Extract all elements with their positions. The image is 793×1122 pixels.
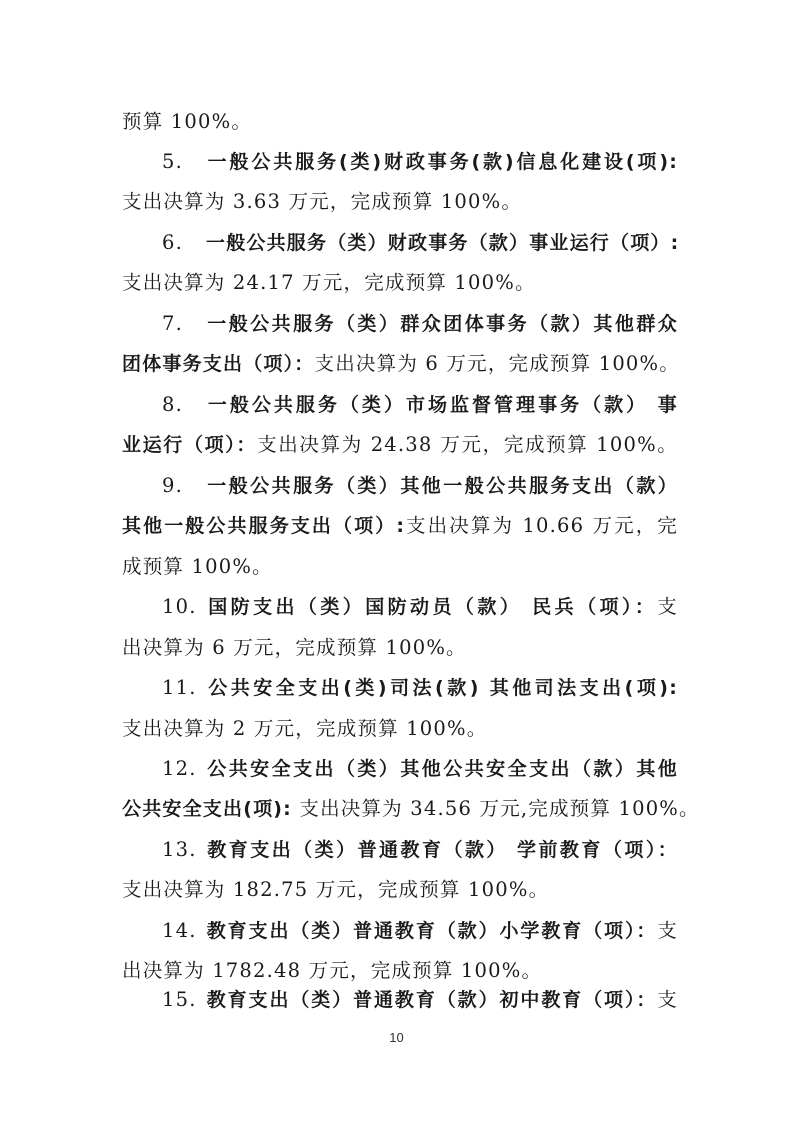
line-text: 出决算为 1782.48 万元，完成预算 100%。 <box>122 959 542 982</box>
item-title: 教育支出（类）普通教育（款） 学前教育（项）： <box>206 839 678 861</box>
text-line: 出决算为 6 万元，完成预算 100%。 <box>122 635 678 661</box>
item-number: 12. <box>162 756 206 782</box>
line-text: 支出决算为 3.63 万元，完成预算 100%。 <box>122 190 522 213</box>
line-text: 支出决算为 10.66 万元，完 <box>405 514 678 537</box>
item-9-heading: 9.一般公共服务（类）其他一般公共服务支出（款） <box>162 473 678 499</box>
item-number: 6. <box>162 230 206 256</box>
item-10-heading: 10.国防支出（类）国防动员（款） 民兵（项）：支 <box>162 594 678 620</box>
item-number: 10. <box>162 594 206 620</box>
line-text: 成预算 100%。 <box>122 555 273 578</box>
item-number: 9. <box>162 473 206 499</box>
item-number: 7. <box>162 311 206 337</box>
item-title: 公共安全支出(项): <box>122 798 292 820</box>
item-number: 13. <box>162 837 206 863</box>
item-number: 14. <box>162 918 206 944</box>
item-number: 11. <box>162 675 206 701</box>
text-line: 其他一般公共服务支出（项）:支出决算为 10.66 万元，完 <box>122 513 678 539</box>
item-6-heading: 6.一般公共服务（类）财政事务（款）事业运行（项）: <box>162 230 678 256</box>
item-title: 公共安全支出(类)司法(款) 其他司法支出(项): <box>206 677 678 699</box>
item-title: 一般公共服务(类)财政事务(款)信息化建设(项): <box>206 151 678 173</box>
item-12-heading: 12.公共安全支出（类）其他公共安全支出（款）其他 <box>162 756 678 782</box>
page-number: 10 <box>0 1030 793 1045</box>
text-line: 支出决算为 182.75 万元，完成预算 100%。 <box>122 877 678 903</box>
item-title: 公共安全支出（类）其他公共安全支出（款）其他 <box>206 758 678 780</box>
item-title: 团体事务支出（项）： <box>122 353 315 375</box>
item-title: 教育支出（类）普通教育（款）初中教育（项）： <box>206 989 657 1011</box>
item-number: 15. <box>162 987 206 1013</box>
text-line: 预算 100%。 <box>122 109 678 135</box>
text-line: 团体事务支出（项）：支出决算为 6 万元，完成预算 100%。 <box>122 351 678 377</box>
item-11-heading: 11.公共安全支出(类)司法(款) 其他司法支出(项): <box>162 675 678 701</box>
item-8-heading: 8.一般公共服务（类）市场监督管理事务（款） 事 <box>162 392 678 418</box>
item-title: 一般公共服务（类）财政事务（款）事业运行（项）: <box>206 232 679 254</box>
item-number: 8. <box>162 392 206 418</box>
line-text: 支 <box>657 919 678 942</box>
line-text: 支 <box>657 595 678 618</box>
item-title: 业运行（项）： <box>122 434 257 456</box>
item-5-heading: 5.一般公共服务(类)财政事务(款)信息化建设(项): <box>162 149 678 175</box>
text-line: 支出决算为 3.63 万元，完成预算 100%。 <box>122 189 678 215</box>
line-text: 出决算为 6 万元，完成预算 100%。 <box>122 636 467 659</box>
text-line: 公共安全支出(项): 支出决算为 34.56 万元,完成预算 100%。 <box>122 796 678 822</box>
line-text: 支出决算为 24.38 万元，完成预算 100%。 <box>257 433 678 456</box>
line-text: 支出决算为 24.17 万元，完成预算 100%。 <box>122 271 536 294</box>
text-line: 成预算 100%。 <box>122 554 678 580</box>
line-text: 支 <box>657 988 678 1011</box>
item-title: 一般公共服务（类）市场监督管理事务（款） 事 <box>206 394 678 416</box>
item-13-heading: 13.教育支出（类）普通教育（款） 学前教育（项）： <box>162 837 678 863</box>
item-title: 其他一般公共服务支出（项）: <box>122 515 405 537</box>
item-title: 国防支出（类）国防动员（款） 民兵（项）： <box>206 596 657 618</box>
line-text: 支出决算为 34.56 万元,完成预算 100%。 <box>292 797 700 820</box>
line-text: 支出决算为 2 万元，完成预算 100%。 <box>122 717 487 740</box>
item-7-heading: 7.一般公共服务（类）群众团体事务（款）其他群众 <box>162 311 678 337</box>
line-text: 预算 100%。 <box>122 110 252 133</box>
text-line: 支出决算为 24.17 万元，完成预算 100%。 <box>122 270 678 296</box>
item-title: 一般公共服务（类）群众团体事务（款）其他群众 <box>206 313 678 335</box>
item-title: 一般公共服务（类）其他一般公共服务支出（款） <box>206 475 678 497</box>
item-title: 教育支出（类）普通教育（款）小学教育（项）： <box>206 920 657 942</box>
text-line: 业运行（项）：支出决算为 24.38 万元，完成预算 100%。 <box>122 432 678 458</box>
text-line: 支出决算为 2 万元，完成预算 100%。 <box>122 716 678 742</box>
line-text: 支出决算为 6 万元，完成预算 100%。 <box>315 352 680 375</box>
item-number: 5. <box>162 149 206 175</box>
item-15-heading: 15.教育支出（类）普通教育（款）初中教育（项）：支 <box>162 987 678 1013</box>
line-text: 支出决算为 182.75 万元，完成预算 100%。 <box>122 878 549 901</box>
text-line: 出决算为 1782.48 万元，完成预算 100%。 <box>122 958 678 984</box>
item-14-heading: 14.教育支出（类）普通教育（款）小学教育（项）：支 <box>162 918 678 944</box>
